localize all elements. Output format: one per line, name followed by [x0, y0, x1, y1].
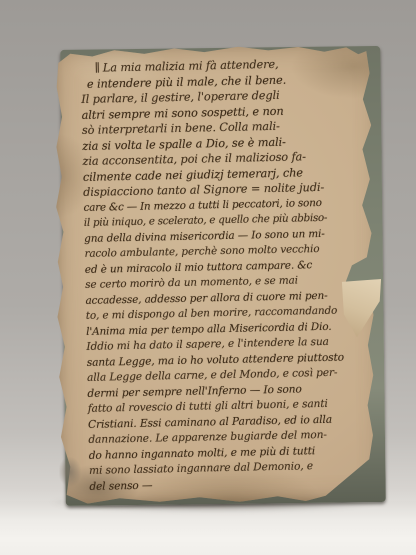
worn-edge-chip	[59, 455, 85, 489]
manuscript-text-block: ∥La mia malizia mi fà attendere, e inten…	[80, 56, 379, 496]
pen-flourish-mark: ∥	[94, 62, 97, 75]
photo-scene: ∥La mia malizia mi fà attendere, e inten…	[0, 0, 416, 555]
antique-book: ∥La mia malizia mi fà attendere, e inten…	[52, 43, 386, 507]
manuscript-line-text: La mia malizia mi fà attendere,	[103, 58, 279, 75]
